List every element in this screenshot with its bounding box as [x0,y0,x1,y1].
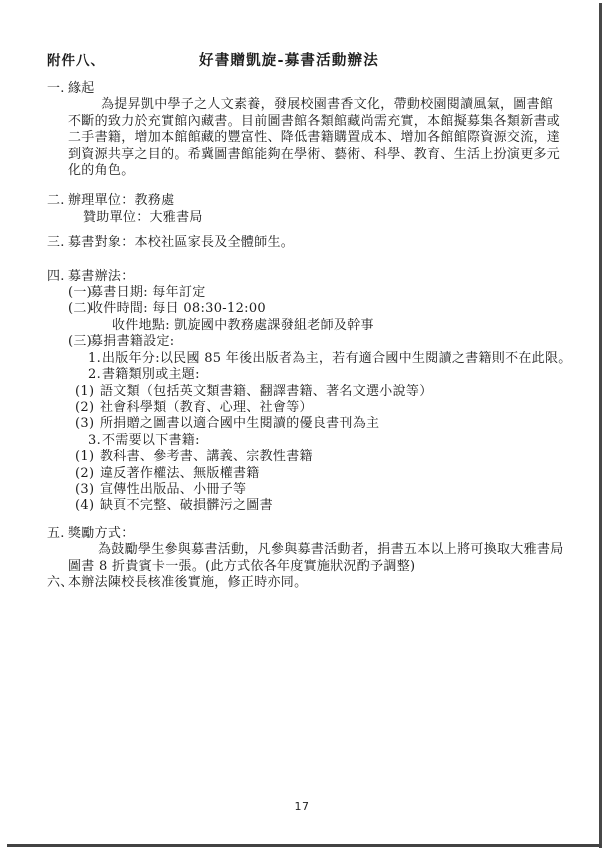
unwanted-item-1-text: 教科書、參考書、講義、宗教性書籍 [100,449,313,464]
page-number: 17 [0,800,604,813]
book-rule-1-number: 1. [88,351,102,367]
unwanted-item-3-number: (3) [75,482,100,498]
unwanted-item-4: (4)缺頁不完整、破損髒污之圖書 [75,498,565,514]
section-5-heading-line: 五.獎勵方式： [47,526,565,542]
method-item-3-text: 募捐書籍設定: [90,334,174,349]
category-item-3-number: (3) [75,416,100,432]
page-edge-shadow-right [599,3,602,848]
target-text: 募書對象：本校社區家長及全體師生。 [68,235,294,250]
method-item-2-text: 收件時間: 每日 08:30-12:00 [90,301,266,316]
document-content: 附件八、 好書贈凱旋-募書活動辦法 一.緣起 為提昇凱中學子之人文素養，發展校園… [47,53,565,591]
method-heading: 募書辦法： [68,269,135,284]
method-item-1-number: (一) [68,285,90,301]
unwanted-item-2-number: (2) [75,466,100,482]
unwanted-item-2: (2)違反著作權法、無版權書籍 [75,466,565,482]
unwanted-item-3: (3)宣傳性出版品、小冊子等 [75,482,565,498]
method-item-3-number: (三) [68,334,90,350]
unwanted-item-4-text: 缺頁不完整、破損髒污之圖書 [100,498,273,513]
category-item-3-text: 所捐贈之圖書以適合國中生閱讀的優良書刊為主 [100,416,379,431]
unwanted-item-2-text: 違反著作權法、無版權書籍 [100,466,260,481]
book-rule-2-number: 2. [88,367,102,383]
category-item-1-text: 語文類（包括英文類書籍、翻譯書籍、著名文選小說等） [100,384,433,399]
unwanted-item-1-number: (1) [75,449,100,465]
section-2-heading-line: 二.辦理單位：教務處 [47,193,565,209]
unwanted-item-4-number: (4) [75,498,100,514]
method-item-1-text: 募書日期: 每年訂定 [90,285,206,300]
section-1-heading-line: 一.緣起 [47,81,565,97]
category-item-1-number: (1) [75,384,100,400]
sponsor-line: 贊助單位：大雅書局 [83,210,565,226]
document-title: 好書贈凱旋-募書活動辦法 [199,53,379,69]
section-3-heading-line: 三.募書對象：本校社區家長及全體師生。 [47,235,565,251]
category-item-1: (1)語文類（包括英文類書籍、翻譯書籍、著名文選小說等） [75,384,565,400]
book-rule-3: 3.不需要以下書籍: [88,433,565,449]
unwanted-item-1: (1)教科書、參考書、講義、宗教性書籍 [75,449,565,465]
category-item-3: (3)所捐贈之圖書以適合國中生閱讀的優良書刊為主 [75,416,565,432]
section-3-number: 三. [47,235,68,251]
method-item-1: (一)募書日期: 每年訂定 [68,285,565,301]
section-6-number: 六、 [47,575,68,591]
book-rule-2: 2.書籍類別或主題: [88,367,565,383]
collection-location-line: 收件地點: 凱旋國中教務處課發組老師及幹事 [112,318,565,334]
section-1-number: 一. [47,81,68,97]
section-1-heading: 緣起 [68,81,95,96]
section-4-number: 四. [47,269,68,285]
page-edge-shadow-bottom [7,844,601,847]
category-item-2-number: (2) [75,400,100,416]
book-rule-3-number: 3. [88,433,102,449]
origin-paragraph: 為提昇凱中學子之人文素養，發展校園書香文化，帶動校園閱讀風氣，圖書館不斷的致力於… [68,97,565,179]
category-item-2: (2)社會科學類（教育、心理、社會等） [75,400,565,416]
reward-heading: 獎勵方式： [68,526,135,541]
section-4-heading-line: 四.募書辦法： [47,269,565,285]
approval-text: 本辦法陳校長核准後實施，修正時亦同。 [68,575,307,590]
document-page: 附件八、 好書贈凱旋-募書活動辦法 一.緣起 為提昇凱中學子之人文素養，發展校園… [0,0,604,851]
category-item-2-text: 社會科學類（教育、心理、社會等） [100,400,313,415]
organizer-text: 辦理單位：教務處 [68,193,174,208]
book-rule-1-text: 出版年分:以民國 85 年後出版者為主，若有適合國中生閱讀之書籍則不在此限。 [102,351,572,366]
method-item-2-number: (二) [68,301,90,317]
book-rule-1: 1.出版年分:以民國 85 年後出版者為主，若有適合國中生閱讀之書籍則不在此限。 [88,351,565,367]
method-item-2: (二)收件時間: 每日 08:30-12:00 [68,301,565,317]
method-item-3: (三)募捐書籍設定: [68,334,565,350]
attachment-label: 附件八、 [47,53,105,69]
section-5-number: 五. [47,526,68,542]
section-6-heading-line: 六、本辦法陳校長核准後實施，修正時亦同。 [47,575,565,591]
book-rule-2-text: 書籍類別或主題: [102,367,200,382]
unwanted-item-3-text: 宣傳性出版品、小冊子等 [100,482,246,497]
document-header: 附件八、 好書贈凱旋-募書活動辦法 [47,53,565,81]
book-rule-3-text: 不需要以下書籍: [102,433,200,448]
reward-paragraph: 為鼓勵學生參與募書活動，凡參與募書活動者，捐書五本以上將可換取大雅書局圖書 8 … [68,542,565,575]
section-2-number: 二. [47,193,68,209]
